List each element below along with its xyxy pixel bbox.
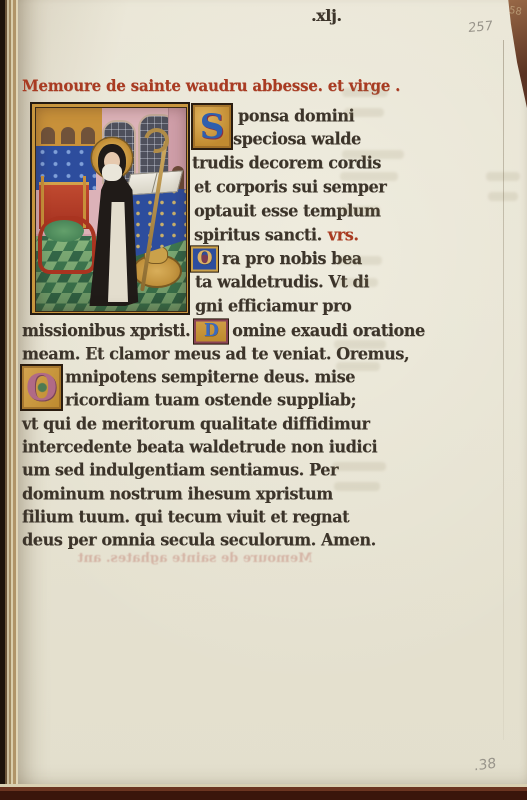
folio-marker: .xlj. [311,7,342,25]
illuminated-initial-o: O [191,246,218,271]
miniature-saint-waudru [30,102,190,315]
showthrough-ghost [342,88,388,97]
showthrough-ghost [334,482,380,491]
miniature-scene [35,107,187,312]
manuscript-line: spiritus sancti.vrs. [194,226,359,244]
showthrough-ghost [336,362,380,371]
showthrough-ghost [338,206,380,215]
line-segment: missionibus xpristi. [22,319,190,340]
book-gutter-leaf-edges [0,0,20,800]
pencil-folio-number: 257 [468,19,494,36]
illuminated-initial-d: D [194,319,228,343]
edge-pencil-number: 58 [508,5,522,18]
line-segment: spiritus sancti. [194,225,322,245]
manuscript-line: vt qui de meritorum qualitate diffidimur [22,415,370,433]
showthrough-ghost [332,462,386,471]
illuminated-initial-s: S [191,103,233,150]
manuscript-line: ponsa domini [238,107,354,125]
manuscript-line: dominum nostrum ihesum xpristum [22,485,333,503]
manuscript-line: ricordiam tuam ostende suppliab; [65,391,356,409]
pencil-page-number: .38 [474,756,496,775]
mini-vignette [36,108,186,311]
manuscript-line: intercedente beata waldetrude non iudici [22,438,377,456]
manuscript-line: mnipotens sempiterne deus. mise [65,368,355,386]
line-segment: omine exaudi oratione [232,319,425,340]
manuscript-page: .xlj. 257 Memoure de sainte waudru abbes… [18,0,527,786]
showthrough-ghost [336,256,382,265]
manuscript-photo: .xlj. 257 Memoure de sainte waudru abbes… [0,0,527,800]
showthrough-rubric: Memoure de sainte aghates. ant [60,551,330,566]
showthrough-ghost [344,108,384,117]
binding-bottom-edge [0,784,527,800]
illuminated-initial-o2: O [20,364,63,411]
showthrough-ghost [342,150,404,159]
manuscript-line: speciosa walde [233,130,361,148]
showthrough-ghost [340,172,398,181]
showthrough-ghost [334,340,386,349]
red-abbreviation: vrs. [328,225,359,245]
showthrough-ghost [338,278,378,287]
leaf-edge-crease [503,40,504,740]
manuscript-line: um sed indulgentiam sentiamus. Per [22,461,338,479]
manuscript-line: filium tuum. qui tecum viuit et regnat [22,508,349,526]
manuscript-line: deus per omnia secula seculorum. Amen. [22,531,376,549]
manuscript-line: gni efficiamur pro [195,297,351,315]
